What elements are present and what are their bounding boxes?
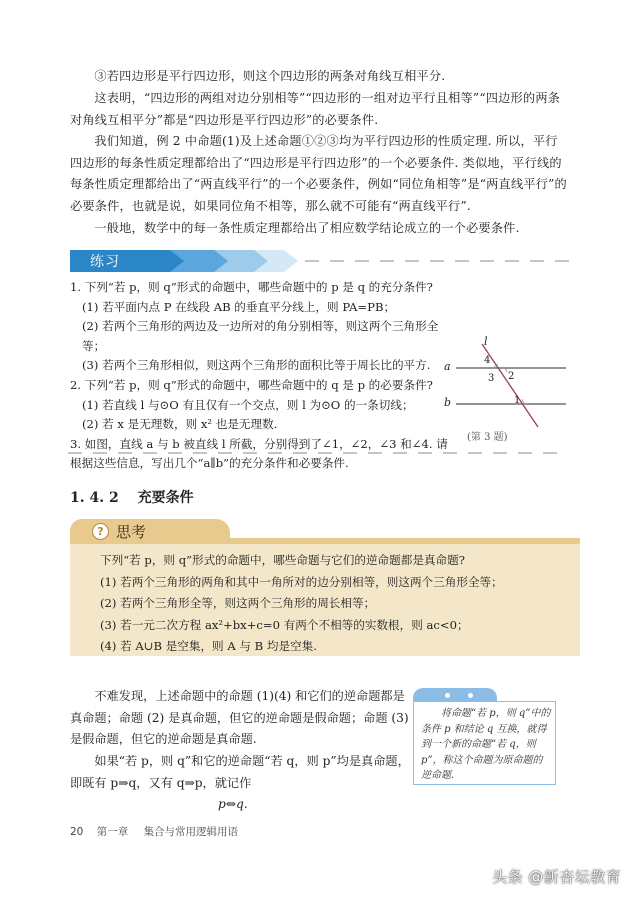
discussion-paragraph-2: 如果“若 p，则 q”和它的逆命题“若 q，则 p”均是真命题，即既有 p⇒q，…: [70, 751, 410, 794]
think-item: (2) 若两个三角形全等，则这两个三角形的周长相等；: [100, 593, 570, 615]
dashed-divider-bottom: [68, 452, 568, 454]
exercise-list: 1. 下列“若 p，则 q”形式的命题中，哪些命题中的 p 是 q 的充分条件?…: [70, 278, 450, 474]
page-number: 20: [70, 826, 83, 838]
think-item: (4) 若 A∪B 是空集，则 A 与 B 均是空集.: [100, 636, 570, 658]
think-content: 下列“若 p，则 q”形式的命题中，哪些命题与它们的逆命题都是真命题? (1) …: [100, 550, 570, 658]
figure-caption: (第 3 题): [467, 428, 508, 443]
banner-arrow: [254, 250, 268, 272]
angle-4-label: 4: [484, 355, 490, 366]
note-text: 将命题“若 p，则 q”中的条件 p 和结论 q 互换，就得到一个新的命题“若 …: [421, 706, 551, 784]
dashed-divider: [305, 260, 580, 262]
angle-2-label: 2: [508, 371, 514, 382]
note-dot: [468, 693, 473, 698]
exercise-label: 练习: [90, 251, 120, 271]
label-b: b: [444, 396, 451, 409]
think-prompt: 下列“若 p，则 q”形式的命题中，哪些命题与它们的逆命题都是真命题?: [100, 550, 570, 572]
angle-1-label: 1: [514, 395, 520, 406]
textbook-page: ③若四边形是平行四边形，则这个四边形的两条对角线互相平分. 这表明，“四边形的两…: [0, 0, 640, 898]
exercise-q1-item: (2) 若两个三角形的两边及一边所对的角分别相等，则这两个三角形全等；: [70, 317, 450, 356]
banner-segment: [70, 250, 170, 272]
section-heading: 1. 4. 2 充要条件: [70, 487, 194, 507]
section-title: 充要条件: [138, 490, 194, 506]
angle-3-label: 3: [488, 373, 494, 384]
think-item: (1) 若两个三角形的两角和其中一角所对的边分别相等，则这两个三角形全等；: [100, 572, 570, 594]
page-footer: 20 第一章 集合与常用逻辑用语: [70, 824, 238, 839]
question-icon: ?: [92, 523, 109, 540]
chapter-label: 第一章: [97, 826, 129, 838]
think-box: ? 思考 下列“若 p，则 q”形式的命题中，哪些命题与它们的逆命题都是真命题?…: [70, 519, 580, 656]
exercise-banner: 练习: [70, 250, 580, 272]
banner-arrow: [214, 250, 228, 272]
label-l: l: [484, 335, 488, 348]
think-title: 思考: [116, 521, 146, 542]
paragraph-general-statement: 一般地，数学中的每一条性质定理都给出了相应数学结论成立的一个必要条件.: [70, 218, 570, 240]
exercise-q3: 3. 如图，直线 a 与 b 被直线 l 所截，分别得到了∠1，∠2，∠3 和∠…: [70, 435, 450, 474]
think-item: (3) 若一元二次方程 ax²+bx+c=0 有两个不相等的实数根，则 ac<0…: [100, 615, 570, 637]
side-note: 将命题“若 p，则 q”中的条件 p 和结论 q 互换，就得到一个新的命题“若 …: [413, 688, 558, 784]
exercise-q2-item: (2) 若 x 是无理数，则 x² 也是无理数.: [70, 415, 450, 435]
exercise-q2: 2. 下列“若 p，则 q”形式的命题中，哪些命题中的 q 是 p 的必要条件?: [70, 376, 450, 396]
discussion-paragraph-1: 不难发现，上述命题中的命题 (1)(4) 和它们的逆命题都是真命题；命题 (2)…: [70, 686, 410, 751]
label-a: a: [444, 360, 451, 373]
exercise-q1: 1. 下列“若 p，则 q”形式的命题中，哪些命题中的 p 是 q 的充分条件?: [70, 278, 450, 298]
banner-arrow: [284, 250, 298, 272]
watermark: 头条 @新杏坛教育: [492, 866, 621, 887]
exercise-q1-item: (3) 若两个三角形相似，则这两个三角形的面积比等于周长比的平方.: [70, 356, 450, 376]
section-number: 1. 4. 2: [70, 490, 119, 506]
chapter-title: 集合与常用逻辑用语: [144, 826, 239, 838]
note-dot: [445, 693, 450, 698]
iff-formula: p⇔q.: [218, 794, 298, 816]
exercise-q1-item: (1) 若平面内点 P 在线段 AB 的垂直平分线上，则 PA=PB；: [70, 298, 450, 318]
exercise-q2-item: (1) 若直线 l 与⊙O 有且仅有一个交点，则 l 为⊙O 的一条切线；: [70, 396, 450, 416]
paragraph-necessary-conditions: 这表明，“四边形的两组对边分别相等”“四边形的一组对边平行且相等”“四边形的两条…: [70, 88, 570, 131]
paragraph-theorem-3: ③若四边形是平行四边形，则这个四边形的两条对角线互相平分.: [70, 66, 570, 88]
paragraph-property-theorems: 我们知道，例 2 中命题(1)及上述命题①②③均为平行四边形的性质定理. 所以，…: [70, 131, 570, 217]
banner-arrow: [170, 250, 184, 272]
